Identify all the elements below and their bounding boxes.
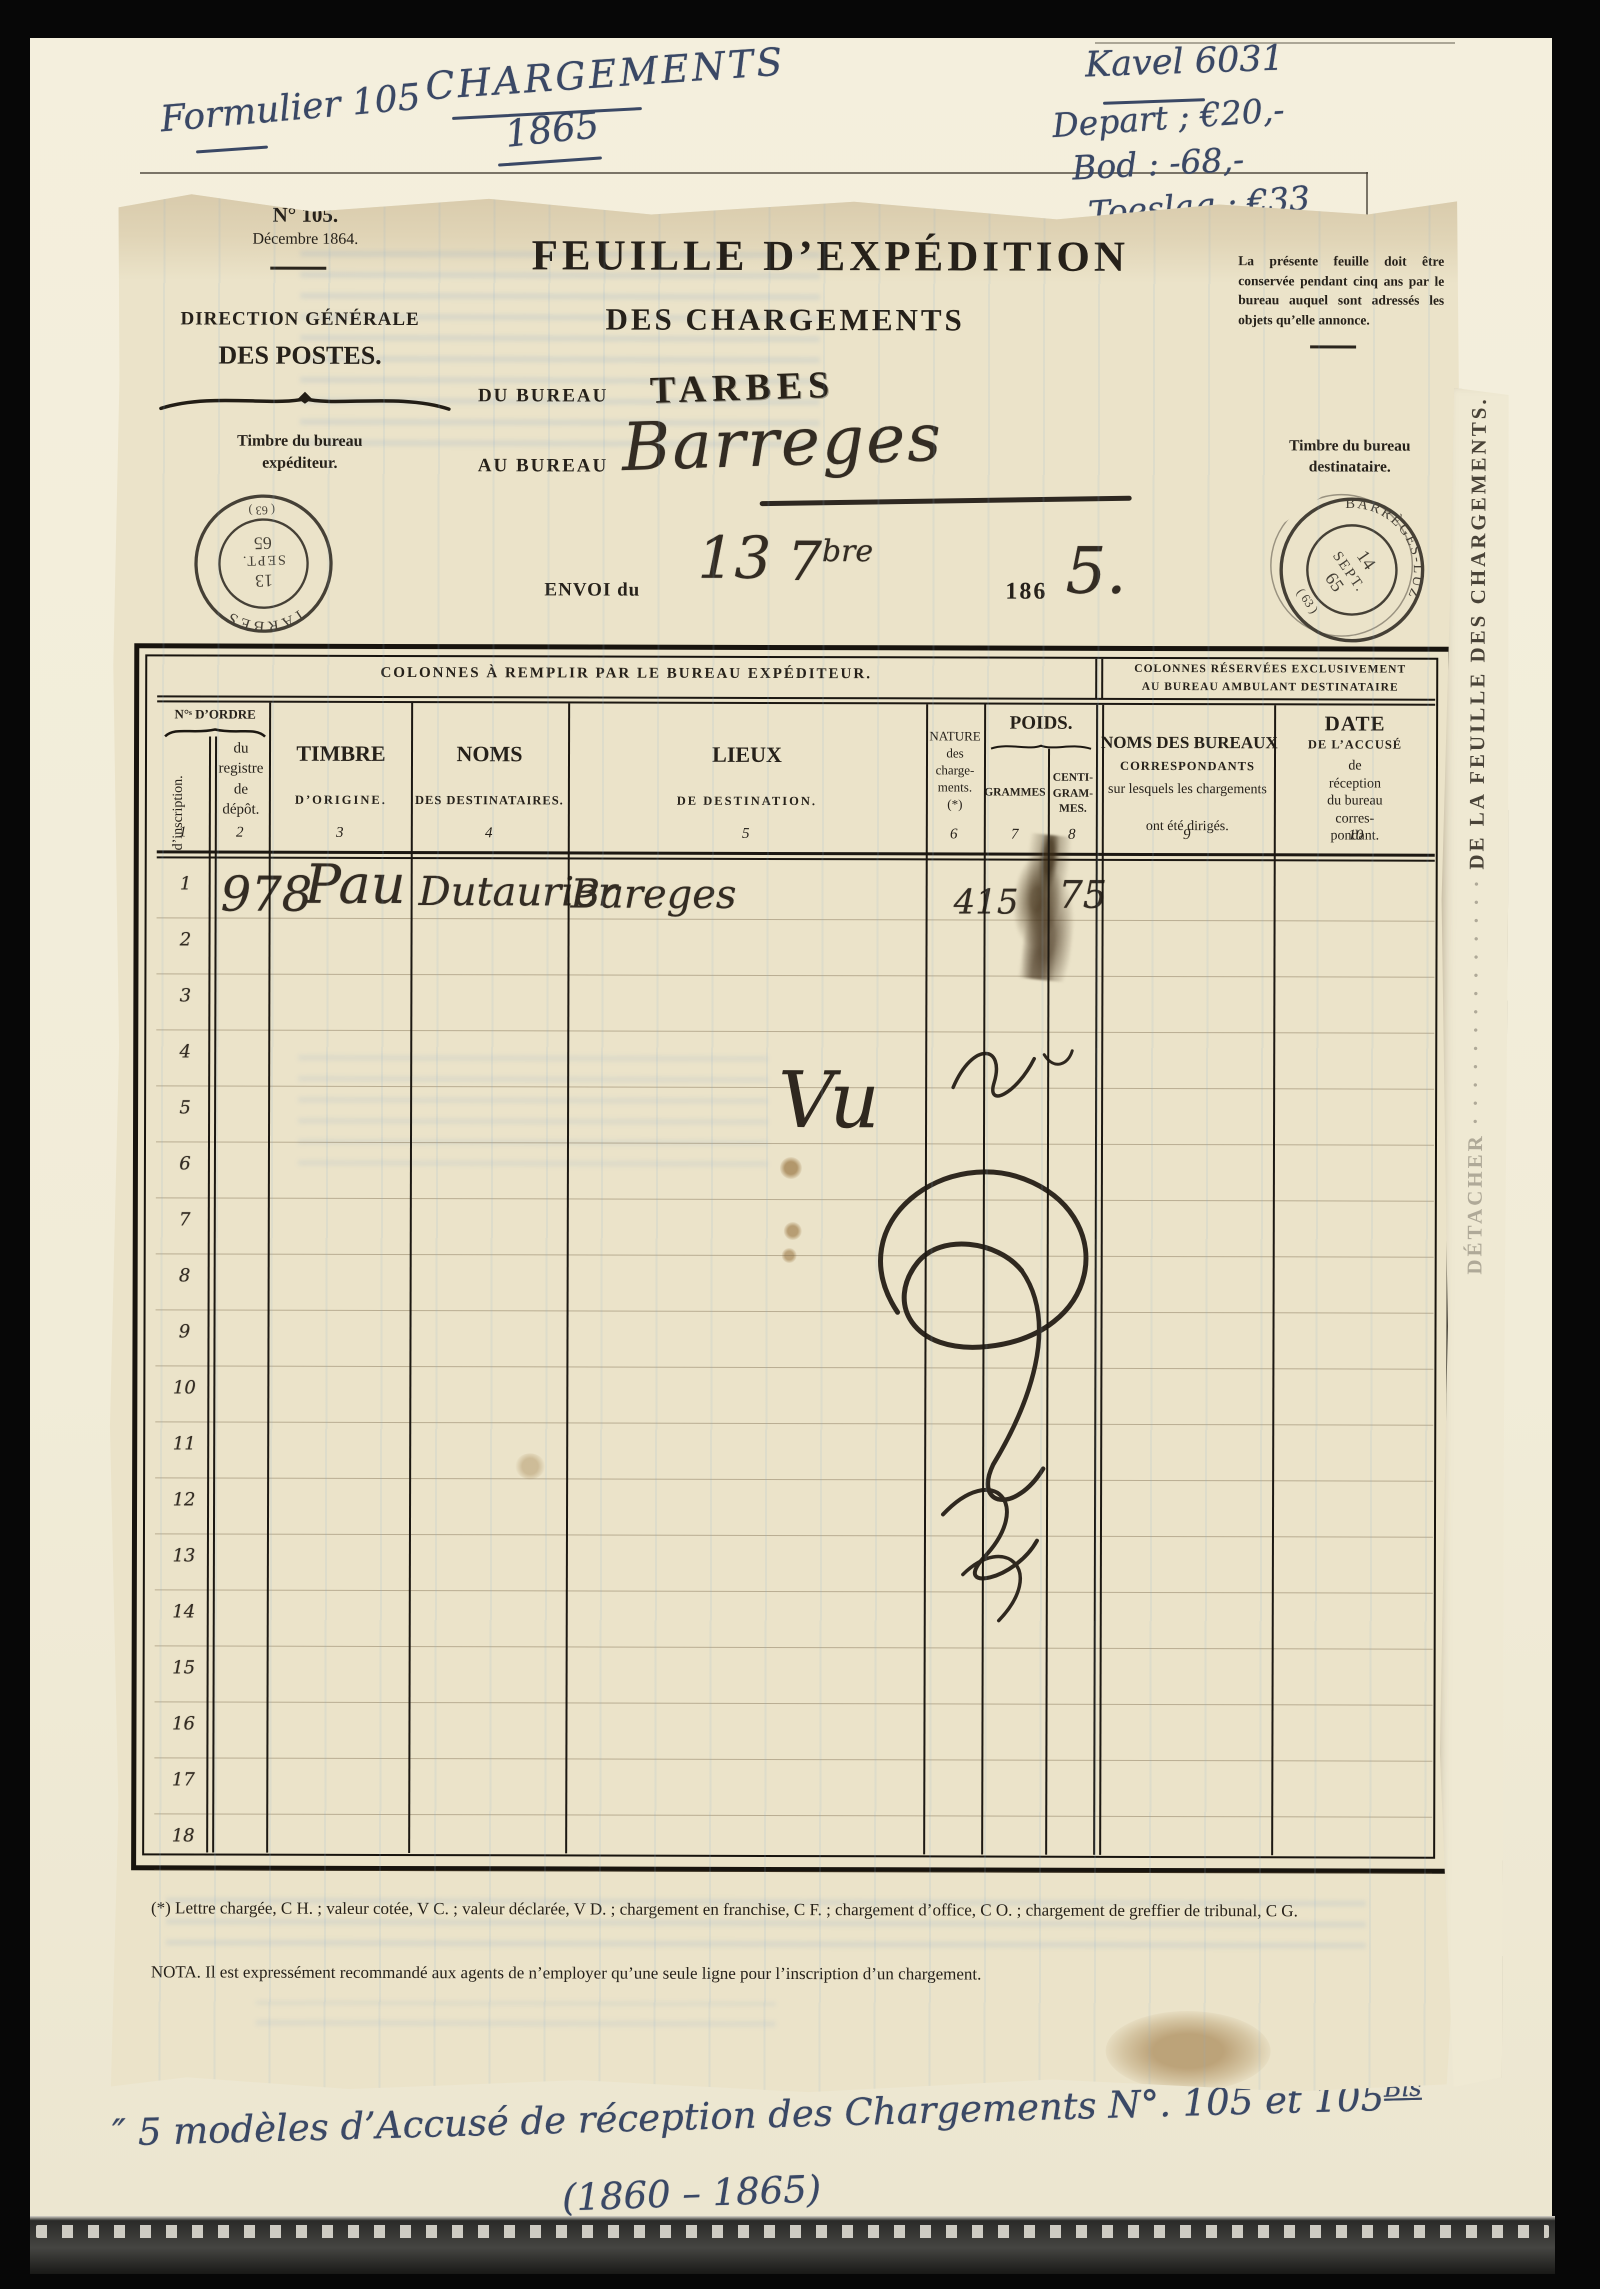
row-number: 8: [162, 1265, 208, 1286]
column-number: 8: [1052, 827, 1092, 844]
column-number: 4: [469, 825, 509, 842]
col5-label-main: LIEUX: [568, 741, 926, 768]
column-number: 9: [1167, 827, 1207, 844]
col9-label-sub1: CORRESPONDANTS: [1101, 759, 1274, 774]
row-number: 4: [162, 1041, 208, 1062]
table-row: 17: [154, 1758, 1432, 1817]
row-number: 2: [163, 929, 209, 950]
row-number: 5: [162, 1097, 208, 1118]
table-band-right2: AU BUREAU AMBULANT DESTINATAIRE: [1105, 681, 1435, 694]
entry-centigrammes: 75: [1059, 873, 1107, 917]
col5-label-sub: DE DESTINATION.: [568, 793, 926, 809]
column-number: 2: [220, 825, 260, 842]
col9-label-sub2: sur lesquels les chargements: [1101, 781, 1274, 800]
column-number: 7: [995, 827, 1035, 844]
column-number: 1: [163, 824, 203, 841]
row-number: 11: [161, 1433, 207, 1454]
row-number: 7: [162, 1209, 208, 1230]
row-number: 1: [163, 873, 209, 894]
entry-nature: 415: [954, 882, 1019, 922]
row-number: 16: [160, 1713, 206, 1734]
col8-label: CENTI- GRAM- MES.: [1048, 771, 1098, 818]
row-number: 18: [160, 1825, 206, 1846]
ordre-label: N°ˢ D’ORDRE: [159, 706, 271, 722]
side-text-faint: DÉTACHER · · · · · · · · · · · · · ·: [1462, 878, 1488, 1275]
table-band-left: COLONNES À REMPLIR PAR LE BUREAU EXPÉDIT…: [157, 664, 1095, 683]
poids-label: POIDS.: [984, 713, 1098, 735]
postal-form-document: N° 105. Décembre 1864. DIRECTION GÉNÉRAL…: [106, 190, 1463, 2096]
row-number: 3: [162, 985, 208, 1006]
table-row: 2: [156, 918, 1434, 977]
signature-flourish: [943, 1490, 1037, 1579]
album-frame-line-right: [1366, 172, 1368, 216]
column-number: 6: [934, 826, 974, 843]
entry-timbre-origine: Pau: [305, 853, 406, 916]
row-number: 15: [161, 1657, 207, 1678]
scanned-album-page: Formulier 105 CHARGEMENTS 1865 Kavel 603…: [0, 0, 1600, 2289]
signature-flourish: [953, 1053, 1034, 1096]
row-number: 12: [161, 1489, 207, 1510]
entry-registre: 978: [221, 867, 313, 923]
column-number: 3: [320, 825, 360, 842]
table-column-line: [1101, 659, 1103, 699]
signature-flourish: [988, 1271, 1044, 1500]
entry-lieu: Bareges: [571, 871, 737, 917]
table-layer: COLONNES À REMPLIR PAR LE BUREAU EXPÉDIT…: [106, 190, 1463, 2096]
col3-label-sub: D’ORIGINE.: [272, 793, 410, 808]
film-strip: [30, 2216, 1555, 2274]
footnote-nota: NOTA. Il est expressément recommandé aux…: [151, 1962, 1437, 1985]
row-number: 14: [161, 1601, 207, 1622]
annotation-bottom-line2: (1860 – 1865): [561, 2167, 822, 2219]
band-rule: [157, 700, 1435, 705]
row-number: 10: [161, 1377, 207, 1398]
col4-label-sub: DES DESTINATAIRES.: [411, 793, 568, 808]
col3-label-main: TIMBRE: [272, 741, 410, 767]
annotation-kavel: Kavel 6031: [1084, 39, 1284, 86]
row-number: 9: [161, 1321, 207, 1342]
col2-label: du registre de dépôt.: [213, 739, 269, 820]
vu-signature-annotation: Vu: [747, 1012, 1179, 1633]
col6-label: NATURE des charge- ments. (*): [924, 728, 986, 813]
table-column-line: [1095, 659, 1097, 699]
table-band-right1: COLONNES RÉSERVÉES EXCLUSIVEMENT: [1105, 663, 1435, 676]
table-row: 16: [154, 1702, 1432, 1761]
footnote-codes: (*) Lettre chargée, C H. ; valeur cotée,…: [151, 1895, 1437, 1924]
table-row: 15: [155, 1646, 1433, 1705]
side-text-strong: DE LA FEUILLE DES CHARGEMENTS.: [1464, 396, 1490, 869]
col9-label-main: NOMS DES BUREAUX: [1101, 733, 1274, 753]
col7-label: GRAMMES: [982, 787, 1048, 799]
column-number: 5: [726, 826, 766, 843]
row-number: 13: [161, 1545, 207, 1566]
col10-label-main: DATE: [1274, 711, 1436, 736]
col10-label-sub: DE L’ACCUSÉ: [1274, 737, 1436, 752]
row-number: 6: [162, 1153, 208, 1174]
poids-brace-icon: [989, 741, 1093, 753]
row-number: 17: [160, 1769, 206, 1790]
side-vertical-text: DÉTACHER · · · · · · · · · · · · · · DE …: [1462, 396, 1492, 1275]
table-row: 18: [154, 1814, 1432, 1873]
col4-label-main: NOMS: [411, 741, 568, 767]
vu-text: Vu: [778, 1056, 880, 1146]
column-number: 10: [1336, 827, 1376, 844]
